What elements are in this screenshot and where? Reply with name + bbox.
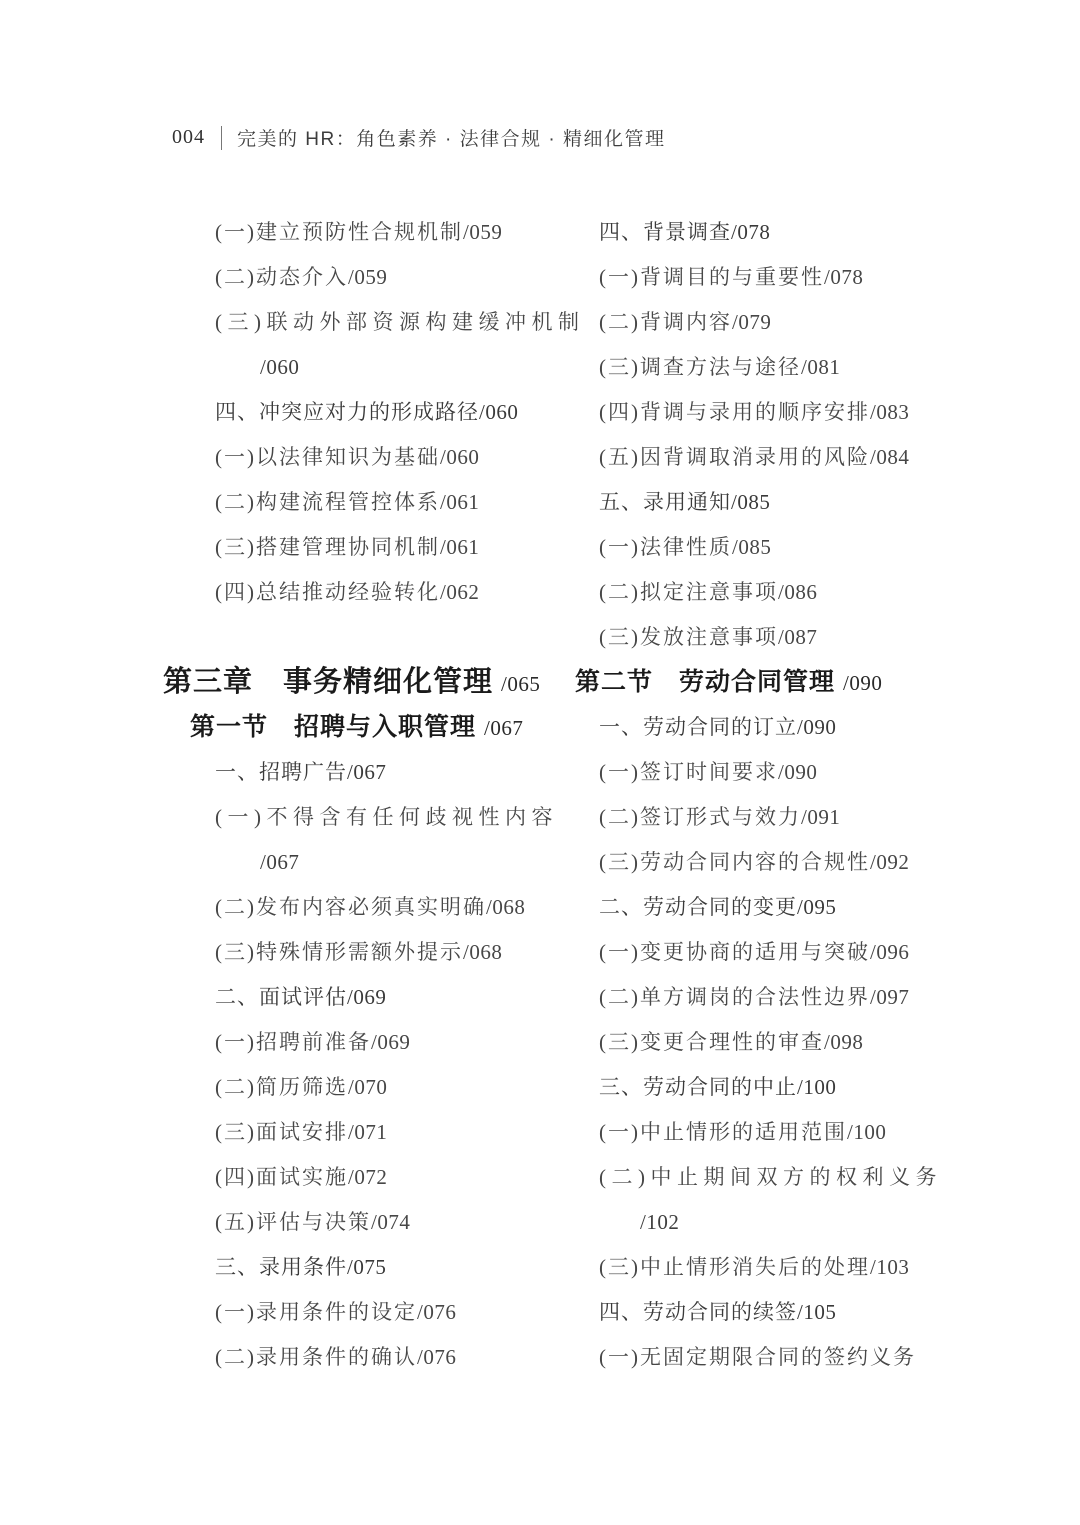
toc-entry: 三、录用条件/075 (160, 1245, 565, 1290)
toc-entry: (一)招聘前准备/069 (160, 1020, 565, 1065)
toc-page-number: /102 (640, 1210, 679, 1234)
toc-page-number: /095 (797, 895, 836, 919)
toc-entry-text: (二)中止期间双方的权利义务 (599, 1165, 942, 1189)
toc-page-number: /081 (801, 355, 840, 379)
toc-page-number: /074 (371, 1210, 410, 1234)
toc-entry-text: (一)无固定期限合同的签约义务 (599, 1345, 916, 1369)
toc-entry: (一)以法律知识为基础/060 (160, 435, 565, 480)
running-book-title: 完美的 HR：角色素养 · 法律合规 · 精细化管理 (237, 124, 666, 151)
toc-section-heading: 第二节 劳动合同管理/090 (575, 660, 920, 705)
toc-entry-text: 第一节 招聘与入职管理 (190, 713, 476, 741)
toc-left-column: (一)建立预防性合规机制/059(二)动态介入/059(三)联动外部资源构建缓冲… (160, 210, 565, 1380)
toc-entry-text: (一)中止情形的适用范围 (599, 1120, 847, 1144)
toc-entry-text: 五、录用通知 (599, 490, 731, 514)
toc-entry-text: (三)特殊情形需额外提示 (215, 940, 463, 964)
toc-page-number: /084 (870, 445, 909, 469)
toc-entry: (一)背调目的与重要性/078 (575, 255, 920, 300)
toc-page-number: /068 (486, 895, 525, 919)
toc-page-number: /078 (731, 220, 770, 244)
toc-entry: (二)单方调岗的合法性边界/097 (575, 975, 920, 1020)
toc-entry-text: 二、面试评估 (215, 985, 347, 1009)
toc-entry: (二)背调内容/079 (575, 300, 920, 345)
toc-continuation-line: /067 (160, 840, 565, 885)
toc-page-number: /075 (347, 1255, 386, 1279)
toc-page-number: /079 (732, 310, 771, 334)
toc-entry: (一)无固定期限合同的签约义务 (575, 1335, 920, 1380)
toc-entry: 四、劳动合同的续签/105 (575, 1290, 920, 1335)
toc-entry: (二)简历筛选/070 (160, 1065, 565, 1110)
toc-continuation-line: /102 (575, 1200, 920, 1245)
toc-continuation-line: /060 (160, 345, 565, 390)
toc-entry-text: (四)背调与录用的顺序安排 (599, 400, 870, 424)
toc-page-number: /090 (797, 715, 836, 739)
toc-entry-text: 第二节 劳动合同管理 (575, 668, 835, 696)
toc-chapter-heading: 第三章 事务精细化管理/065 (160, 660, 565, 705)
toc-page-number: /091 (801, 805, 840, 829)
toc-page-number: /060 (440, 445, 479, 469)
page-header: 004 完美的 HR：角色素养 · 法律合规 · 精细化管理 (172, 124, 666, 151)
toc-entry: (一)签订时间要求/090 (575, 750, 920, 795)
toc-entry-text: 三、劳动合同的中止 (599, 1075, 797, 1099)
toc-page-number: /083 (870, 400, 909, 424)
toc-entry-text: 第三章 事务精细化管理 (163, 666, 493, 698)
toc-entry: (四)背调与录用的顺序安排/083 (575, 390, 920, 435)
toc-entry: 二、面试评估/069 (160, 975, 565, 1020)
toc-entry: (二)动态介入/059 (160, 255, 565, 300)
toc-page-number: /087 (778, 625, 817, 649)
toc-right-column: 四、背景调查/078(一)背调目的与重要性/078(二)背调内容/079(三)调… (575, 210, 920, 1380)
toc-entry-text: (二)背调内容 (599, 310, 732, 334)
toc-entry-text: (二)录用条件的确认 (215, 1345, 417, 1369)
toc-entry: 二、劳动合同的变更/095 (575, 885, 920, 930)
toc-entry-text: 四、背景调查 (599, 220, 731, 244)
toc-page-number: /078 (824, 265, 863, 289)
toc-entry: (一)不得含有任何歧视性内容 (160, 795, 565, 840)
toc-entry-text: (三)面试安排 (215, 1120, 348, 1144)
toc-entry-text: (二)简历筛选 (215, 1075, 348, 1099)
toc-page-number: /086 (778, 580, 817, 604)
toc-page-number: /060 (479, 400, 518, 424)
toc-entry: 四、背景调查/078 (575, 210, 920, 255)
toc-entry-text: (二)构建流程管控体系 (215, 490, 440, 514)
toc-entry-text: (三)联动外部资源构建缓冲机制 (215, 310, 585, 334)
toc-entry: (三)调查方法与途径/081 (575, 345, 920, 390)
toc-entry: 五、录用通知/085 (575, 480, 920, 525)
toc-page-number: /059 (348, 265, 387, 289)
toc-entry-text: (一)变更协商的适用与突破 (599, 940, 870, 964)
toc-page-number: /098 (824, 1030, 863, 1054)
toc-entry-text: 一、劳动合同的订立 (599, 715, 797, 739)
toc-entry-text: (一)以法律知识为基础 (215, 445, 440, 469)
toc-page-number: /062 (440, 580, 479, 604)
toc-entry: (二)签订形式与效力/091 (575, 795, 920, 840)
book-toc-page: { "header": { "page_number": "004", "boo… (0, 0, 1080, 1525)
toc-entry: (四)总结推动经验转化/062 (160, 570, 565, 615)
toc-entry-text: 四、劳动合同的续签 (599, 1300, 797, 1324)
toc-page-number: /071 (348, 1120, 387, 1144)
toc-entry-text: (五)因背调取消录用的风险 (599, 445, 870, 469)
toc-entry-text: 三、录用条件 (215, 1255, 347, 1279)
toc-entry-text: (二)拟定注意事项 (599, 580, 778, 604)
toc-entry-text: (三)劳动合同内容的合规性 (599, 850, 870, 874)
toc-entry: (三)中止情形消失后的处理/103 (575, 1245, 920, 1290)
toc-entry: 一、招聘广告/067 (160, 750, 565, 795)
toc-entry: (五)因背调取消录用的风险/084 (575, 435, 920, 480)
toc-entry: (二)录用条件的确认/076 (160, 1335, 565, 1380)
toc-entry-text: (三)变更合理性的审查 (599, 1030, 824, 1054)
toc-entry: (五)评估与决策/074 (160, 1200, 565, 1245)
toc-page-number: /059 (463, 220, 502, 244)
toc-entry: (三)面试安排/071 (160, 1110, 565, 1155)
toc-entry-text: (三)搭建管理协同机制 (215, 535, 440, 559)
toc-page-number: /100 (797, 1075, 836, 1099)
toc-entry-text: (一)建立预防性合规机制 (215, 220, 463, 244)
toc-page-number: /100 (847, 1120, 886, 1144)
toc-entry-text: 二、劳动合同的变更 (599, 895, 797, 919)
toc-entry: (三)变更合理性的审查/098 (575, 1020, 920, 1065)
toc-entry: (一)变更协商的适用与突破/096 (575, 930, 920, 975)
toc-entry: (三)劳动合同内容的合规性/092 (575, 840, 920, 885)
toc-entry: (三)发放注意事项/087 (575, 615, 920, 660)
toc-entry-text: (一)招聘前准备 (215, 1030, 371, 1054)
toc-entry: (二)拟定注意事项/086 (575, 570, 920, 615)
toc-entry: (一)中止情形的适用范围/100 (575, 1110, 920, 1155)
toc-page-number: /105 (797, 1300, 836, 1324)
toc-entry: (一)法律性质/085 (575, 525, 920, 570)
toc-entry: (二)中止期间双方的权利义务 (575, 1155, 920, 1200)
toc-page-number: /103 (870, 1255, 909, 1279)
toc-section-heading: 第一节 招聘与入职管理/067 (160, 705, 565, 750)
toc-entry-text: 一、招聘广告 (215, 760, 347, 784)
toc-entry: (四)面试实施/072 (160, 1155, 565, 1200)
toc-page-number: /076 (417, 1300, 456, 1324)
toc-entry-text: (四)面试实施 (215, 1165, 348, 1189)
toc-page-number: /070 (348, 1075, 387, 1099)
toc-page-number: /090 (843, 671, 882, 695)
toc-page-number: /072 (348, 1165, 387, 1189)
header-divider (221, 126, 222, 150)
toc-entry-text: (二)发布内容必须真实明确 (215, 895, 486, 919)
toc-entry: 一、劳动合同的订立/090 (575, 705, 920, 750)
toc-entry-text: (三)调查方法与途径 (599, 355, 801, 379)
toc-entry-text: (四)总结推动经验转化 (215, 580, 440, 604)
toc-entry: 三、劳动合同的中止/100 (575, 1065, 920, 1110)
toc-page-number: /085 (731, 490, 770, 514)
toc-spacer (160, 615, 565, 660)
toc-entry: (一)录用条件的设定/076 (160, 1290, 565, 1335)
toc-entry-text: (二)签订形式与效力 (599, 805, 801, 829)
toc-entry-text: (一)背调目的与重要性 (599, 265, 824, 289)
toc-entry: 四、冲突应对力的形成路径/060 (160, 390, 565, 435)
toc-entry-text: (五)评估与决策 (215, 1210, 371, 1234)
toc-entry-text: (一)签订时间要求 (599, 760, 778, 784)
toc-page-number: /090 (778, 760, 817, 784)
toc-entry-text: (一)法律性质 (599, 535, 732, 559)
toc-page-number: /065 (501, 672, 540, 696)
toc-page-number: /067 (347, 760, 386, 784)
toc-entry-text: (三)发放注意事项 (599, 625, 778, 649)
toc-page-number: /068 (463, 940, 502, 964)
toc-entry-text: (二)单方调岗的合法性边界 (599, 985, 870, 1009)
folio-page-number: 004 (172, 126, 205, 149)
toc-page-number: /061 (440, 490, 479, 514)
toc-page-number: /061 (440, 535, 479, 559)
toc-entry-text: (二)动态介入 (215, 265, 348, 289)
toc-entry-text: (一)录用条件的设定 (215, 1300, 417, 1324)
toc-entry: (二)发布内容必须真实明确/068 (160, 885, 565, 930)
toc-page-number: /067 (484, 716, 523, 740)
toc-page-number: /060 (260, 355, 299, 379)
toc-entry: (三)联动外部资源构建缓冲机制 (160, 300, 565, 345)
toc-page-number: /076 (417, 1345, 456, 1369)
toc-entry: (一)建立预防性合规机制/059 (160, 210, 565, 255)
toc-page-number: /067 (260, 850, 299, 874)
toc-entry-text: 四、冲突应对力的形成路径 (215, 400, 479, 424)
toc-page-number: /096 (870, 940, 909, 964)
toc-entry: (二)构建流程管控体系/061 (160, 480, 565, 525)
toc-page-number: /069 (347, 985, 386, 1009)
toc-entry: (三)特殊情形需额外提示/068 (160, 930, 565, 975)
toc-page-number: /097 (870, 985, 909, 1009)
toc-entry: (三)搭建管理协同机制/061 (160, 525, 565, 570)
toc-entry-text: (三)中止情形消失后的处理 (599, 1255, 870, 1279)
toc-page-number: /085 (732, 535, 771, 559)
toc-page-number: /092 (870, 850, 909, 874)
toc-page-number: /069 (371, 1030, 410, 1054)
toc-entry-text: (一)不得含有任何歧视性内容 (215, 805, 558, 829)
